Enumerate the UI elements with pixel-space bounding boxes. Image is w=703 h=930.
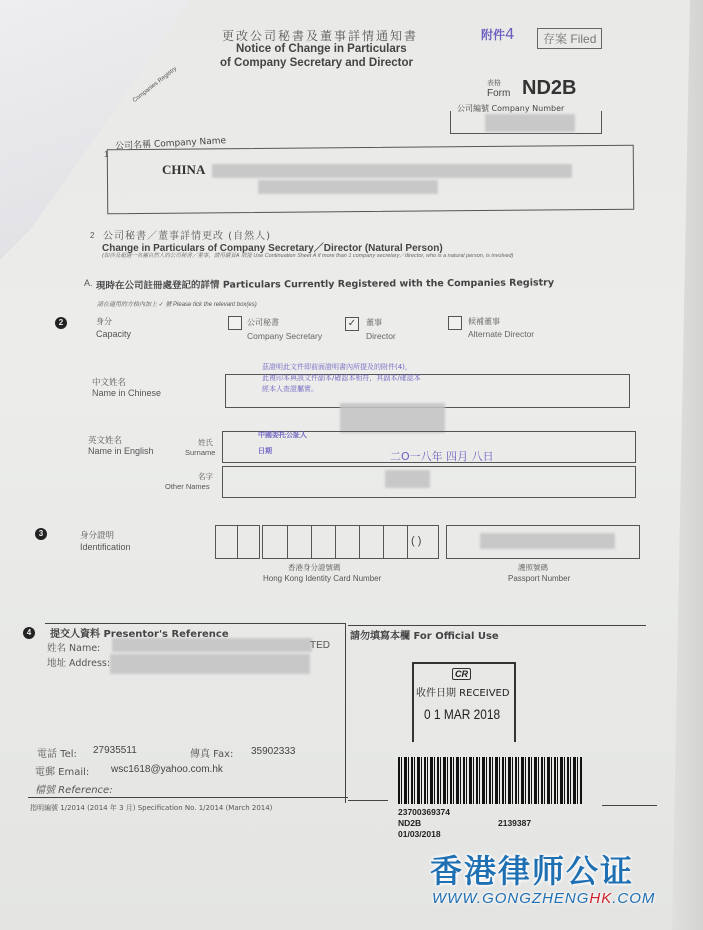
notary-stamp-line2: 此複印本與該文件副本/確認本相符，其副本/確認本 [262,373,421,383]
name-cn-label: 中文姓名 [92,376,126,388]
presentor-bottom-rule [28,797,348,798]
hkid-label-en: Hong Kong Identity Card Number [263,574,381,583]
notary-stamp-line1: 茲證明此文件即前面證明書內所提及的附件(4)， [262,362,412,372]
watermark-url: WWW.GONGZHENGHK.COM [432,890,655,907]
tick-instruction: 請在適用的方格內加上 ✓ 號 Please tick the relevant … [97,299,257,308]
redacted-presentor-address [110,654,310,674]
fax-label: 傳真 Fax: [190,745,233,760]
option-company-secretary-cn: 公司秘書 [247,317,279,328]
notary-label: 中國委托公証人 [258,430,307,440]
capacity-label-en: Capacity [96,329,131,339]
redacted-passport-number [480,533,615,549]
barcode-form-code: ND2B [398,818,421,828]
section-bullet-3: 3 [35,528,47,540]
official-left-rule [348,800,388,801]
official-use-title: 請勿填寫本欄 For Official Use [350,627,499,642]
stamp-received-label: 收件日期 RECEIVED [416,684,510,699]
presentor-name-label: 姓名 Name: [47,640,100,654]
form-label-cn: 表格 [487,78,501,88]
fax-value: 35902333 [251,746,296,757]
filed-box: 存案 Filed [537,28,602,49]
notary-stamp-line3: 經本人查證屬實。 [262,384,318,394]
official-right-rule [602,805,657,806]
name-en-label: 英文姓名 [88,434,122,446]
presentor-top-rule [45,623,345,624]
barcode-date: 01/03/2018 [398,829,441,839]
redacted-company-number [485,114,575,132]
hkid-prefix-box[interactable] [215,525,260,559]
notary-date-value: 二O一八年 四月 八日 [390,448,494,464]
redacted-company-name [212,164,572,178]
passport-label-en: Passport Number [508,574,570,583]
redacted-presentor-name [112,638,312,652]
form-label-en: Form [487,88,510,99]
option-alternate-director-en: Alternate Director [468,329,534,339]
form-code: ND2B [522,77,576,100]
checkbox-director[interactable]: ✓ [345,317,359,331]
date-label: 日期 [258,446,272,456]
title-cn: 更改公司秘書及董事詳情通知書 [222,27,418,44]
stamp-date: 0 1 MAR 2018 [424,706,500,722]
tel-value: 27935511 [93,745,137,756]
option-alternate-director-cn: 候補董事 [468,316,500,327]
official-top-rule [348,625,646,626]
presentor-address-label: 地址 Address: [47,655,110,669]
presentor-divider [345,623,346,803]
title-en-line1: Notice of Change in Particulars [236,43,407,55]
redacted-other-names [385,470,430,488]
surname-label-en: Surname [185,448,215,457]
option-company-secretary-en: Company Secretary [247,331,322,341]
presentor-name-suffix: TED [310,640,330,651]
barcode [398,757,582,804]
identification-label-en: Identification [80,542,131,552]
partA-label: A. [84,278,93,288]
annex-label: 附件4 [481,25,515,43]
received-stamp: CR 收件日期 RECEIVED 0 1 MAR 2018 [412,662,516,742]
checkbox-company-secretary[interactable] [228,316,242,330]
reference-label: 檔號 Reference: [35,781,113,796]
passport-label-cn: 護照號碼 [518,562,548,573]
section-bullet-4: 4 [23,627,35,639]
specification-footer: 指明編號 1/2014 (2014 年 3 月) Specification N… [30,803,272,813]
section-bullet-2: 2 [55,317,67,329]
other-names-label-en: Other Names [165,482,210,491]
surname-label-cn: 姓氏 [198,437,213,448]
watermark-text: 香港律师公证 [430,846,634,892]
redacted-company-name-2 [258,180,438,194]
barcode-ref-number: 2139387 [498,818,531,828]
email-value: wsc1618@yahoo.com.hk [111,764,223,775]
hkid-label-cn: 香港身分證號碼 [288,562,341,573]
identification-label-cn: 身分證明 [80,529,114,541]
email-label: 電郵 Email: [35,763,89,778]
capacity-label-cn: 身分 [96,316,112,327]
section2-number: 2 [90,231,94,240]
name-en-label-en: Name in English [88,446,154,456]
checkbox-alternate-director[interactable] [448,316,462,330]
tel-label: 電話 Tel: [37,745,77,760]
option-director-cn: 董事 [366,317,382,328]
option-director-en: Director [366,331,396,341]
title-en-line2: of Company Secretary and Director [220,57,413,69]
section2-note: (如涉及超過一名屬自然人的公司秘書／董事，請用續頁A 填報 Use Contin… [102,252,632,260]
name-cn-label-en: Name in Chinese [92,388,161,398]
stamp-cr-badge: CR [452,668,471,680]
barcode-number: 23700369374 [398,807,450,817]
hkid-check-digit-brackets: ( ) [411,535,421,547]
company-name-value: CHINA [162,162,205,178]
hkid-digits-box[interactable]: ( ) [262,525,439,559]
redacted-notary-signature [340,403,445,433]
other-names-label-cn: 名字 [198,471,213,482]
